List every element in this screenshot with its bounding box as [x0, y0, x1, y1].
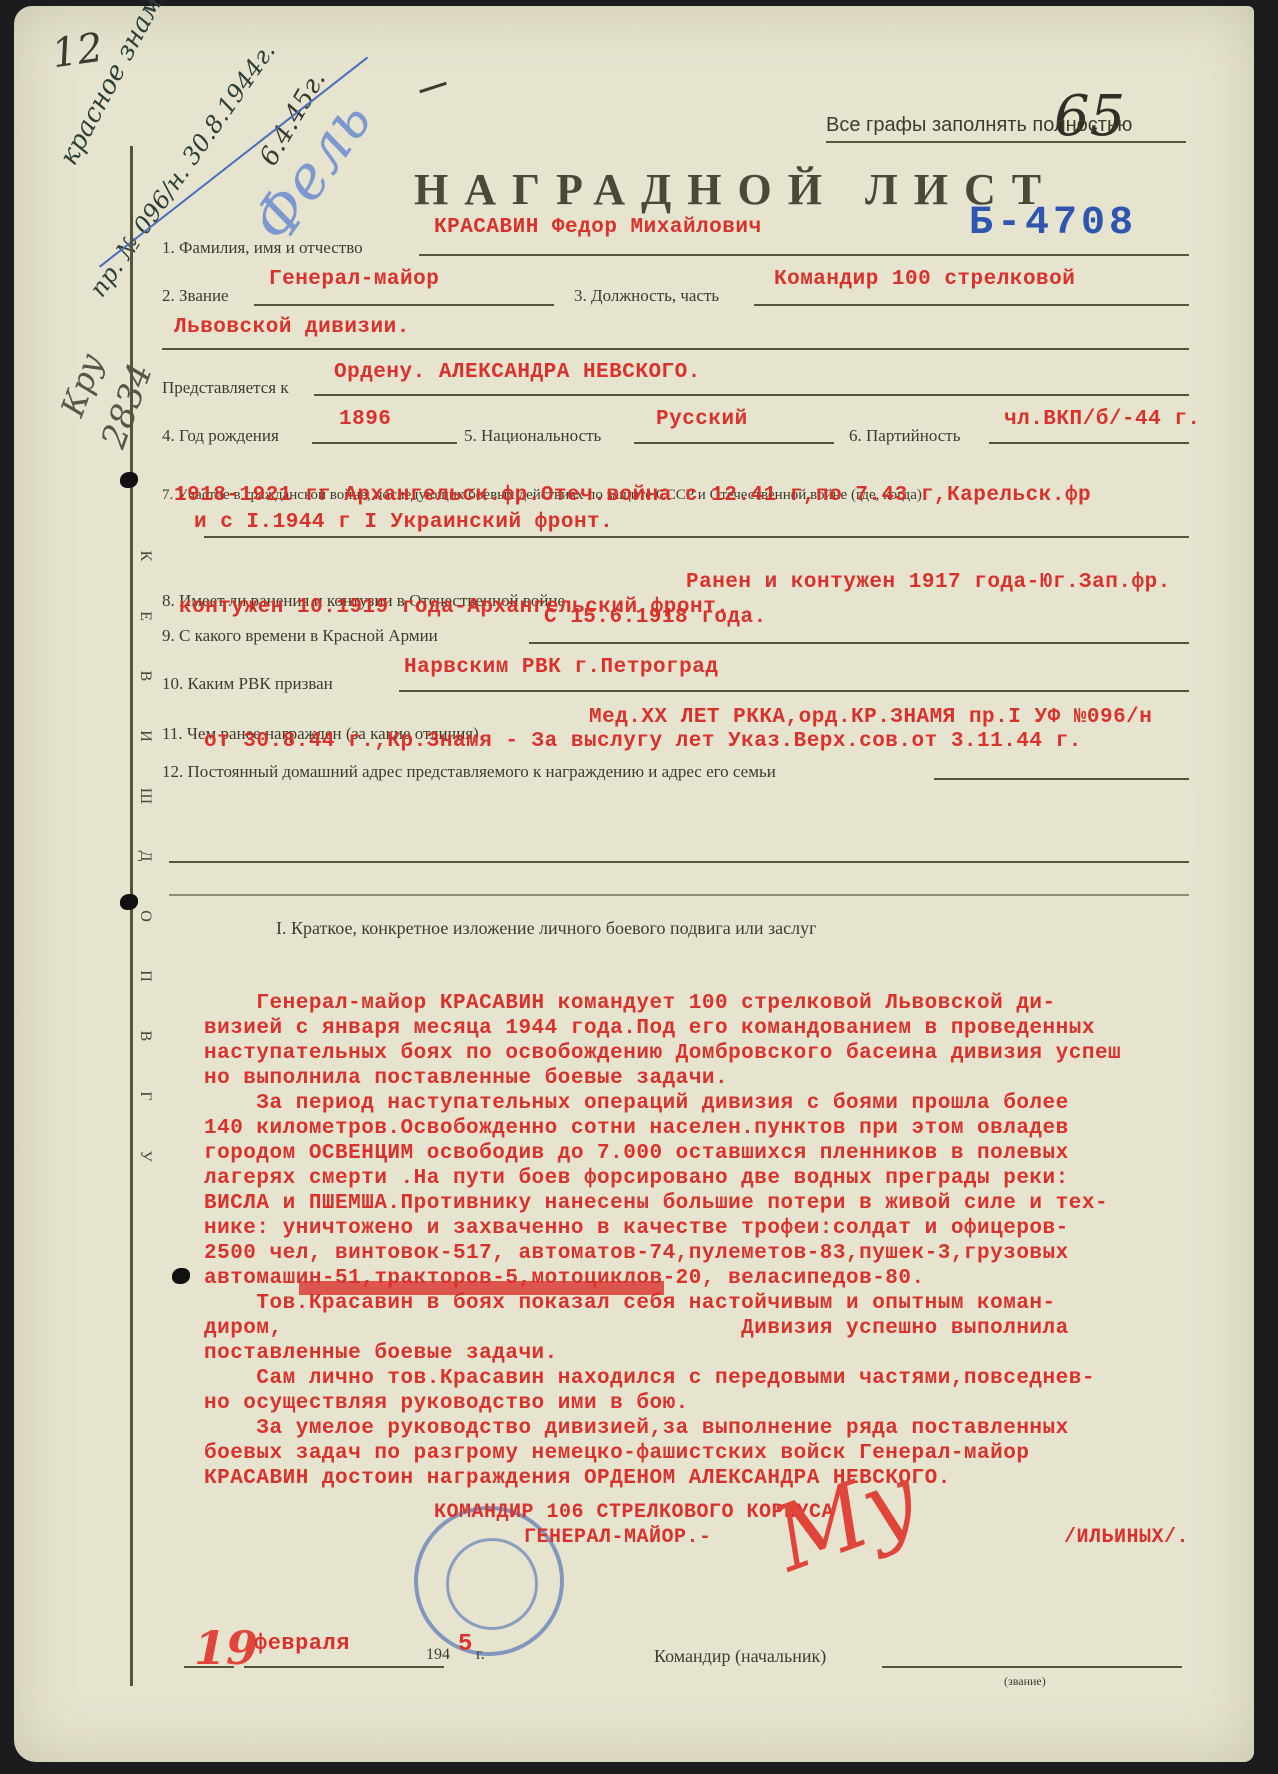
field-12-line — [934, 778, 1189, 780]
merit-line: Сам лично тов.Красавин находился с перед… — [204, 1366, 1121, 1391]
field-10-line — [399, 690, 1189, 692]
field-7-value-line2: и с I.1944 г I Украинский фронт. — [194, 511, 613, 534]
side-vertical-letters: К Е В И Ш Д О П В Г У — [114, 526, 134, 1186]
field-11-value-line2: от 30.8.44 г.,Кр.Знамя - За выслугу лет … — [204, 730, 1082, 753]
field-6-line — [989, 442, 1189, 444]
struck-out-text — [299, 1281, 664, 1295]
merit-line: лагерях смерти .На пути боев форсировано… — [204, 1166, 1121, 1191]
commander-label: Командир (начальник) — [654, 1646, 826, 1667]
field-7-line — [204, 536, 1189, 538]
punch-hole-3 — [172, 1268, 190, 1284]
field-3-value-continued: Львовской дивизии. — [174, 316, 410, 339]
field-10-label: 10. Каким РВК призван — [162, 674, 333, 694]
represented-value: Ордену. АЛЕКСАНДРА НЕВСКОГО. — [334, 361, 701, 384]
field-9-label: 9. С какого времени в Красной Армии — [162, 626, 438, 646]
field-1-line — [419, 254, 1189, 256]
field-2-value: Генерал-майор — [269, 268, 439, 291]
merit-line: За умелое руководство дивизией,за выполн… — [204, 1416, 1121, 1441]
field-1-label: 1. Фамилия, имя и отчество — [162, 238, 363, 258]
represented-line — [314, 394, 1189, 396]
field-3-line-2 — [162, 348, 1189, 350]
blank-line-1 — [169, 861, 1189, 863]
section-heading: I. Краткое, конкретное изложение личного… — [276, 918, 816, 939]
margin-note-line1: красное знамя — [54, 0, 176, 170]
field-1-value: КРАСАВИН Федор Михайлович — [434, 216, 762, 239]
merit-line: визией с января месяца 1944 года.Под его… — [204, 1016, 1121, 1041]
margin-mark-kru: Кру — [53, 349, 111, 422]
field-3-value: Командир 100 стрелковой — [774, 268, 1075, 291]
punch-hole-1 — [120, 472, 138, 488]
merit-line: КРАСАВИН достоин награждения ОРДЕНОМ АЛЕ… — [204, 1466, 1121, 1491]
merit-line: За период наступательных операций дивизи… — [204, 1091, 1121, 1116]
field-5-value: Русский — [656, 408, 748, 431]
merit-line: ВИСЛА и ПШЕМША.Противнику нанесены больш… — [204, 1191, 1121, 1216]
serial-number: Б-4708 — [969, 201, 1137, 246]
field-5-label: 5. Национальность — [464, 426, 601, 446]
merit-line: городом ОСВЕНЦИМ освободив до 7.000 оста… — [204, 1141, 1121, 1166]
award-sheet: 12 красное знамя пр. № 096/н. 30.8.1944г… — [14, 6, 1254, 1762]
represented-label: Представляется к — [162, 378, 289, 398]
merit-text: Генерал-майор КРАСАВИН командует 100 стр… — [204, 966, 1121, 1541]
field-6-value: чл.ВКП/б/-44 г. — [1004, 408, 1201, 431]
field-7-value-line1: 1918-1921 гг Архангельск.фр.Отеч.война с… — [174, 484, 1091, 507]
document-title: НАГРАДНОЙ ЛИСТ — [414, 164, 1057, 215]
redacted-address-area — [164, 791, 1194, 846]
merit-line: 2500 чел, винтовок-517, автоматов-74,пул… — [204, 1241, 1121, 1266]
merit-line: поставленные боевые задачи. — [204, 1341, 1121, 1366]
field-3-label: 3. Должность, часть — [574, 286, 719, 306]
date-year-char: г. — [476, 1646, 485, 1664]
commander-line — [882, 1666, 1182, 1668]
field-5-line — [634, 442, 834, 444]
field-4-value: 1896 — [339, 408, 391, 431]
merit-line: нике: уничтожено и захваченно в качестве… — [204, 1216, 1121, 1241]
blue-signature-scribble: Фель — [239, 87, 386, 255]
merit-line: 140 километров.Освобожденно сотни населе… — [204, 1116, 1121, 1141]
corner-number: 12 — [49, 25, 106, 78]
blank-line-2 — [169, 894, 1189, 896]
field-11-value-line1: Мед.XX ЛЕТ РККА,орд.КР.ЗНАМЯ пр.I УФ №09… — [589, 706, 1152, 729]
field-6-label: 6. Партийность — [849, 426, 960, 446]
field-3-line — [754, 304, 1189, 306]
header-note-underline — [826, 141, 1186, 143]
date-year-suffix: 5 — [458, 1631, 473, 1658]
field-9-line — [529, 642, 1189, 644]
field-4-line — [312, 442, 457, 444]
field-2-label: 2. Звание — [162, 286, 229, 306]
field-8-value-line1: Ранен и контужен 1917 года-Юг.Зап.фр. — [686, 571, 1171, 594]
rank-caption: (звание) — [1004, 1674, 1046, 1689]
field-9-value: С 15.6.1918 года. — [544, 606, 767, 629]
merit-line-struck: диром, Дивизия успешно выполнила — [204, 1316, 1121, 1341]
merit-line: наступательных боях по освобождению Домб… — [204, 1041, 1121, 1066]
header-note: Все графы заполнять полностью — [826, 114, 1132, 137]
pencil-dash — [419, 82, 447, 94]
merit-line: боевых задач по разгрому немецко-фашистс… — [204, 1441, 1121, 1466]
date-month-line — [244, 1666, 444, 1668]
field-4-label: 4. Год рождения — [162, 426, 279, 446]
date-year-prefix: 194 — [426, 1646, 450, 1664]
date-month: февраля — [254, 1631, 350, 1656]
merit-line: но осуществляя руководство ими в бою. — [204, 1391, 1121, 1416]
date-day-line — [184, 1666, 234, 1668]
field-12-label: 12. Постоянный домашний адрес представля… — [162, 762, 776, 782]
signature-line2: ГЕНЕРАЛ-МАЙОР.- — [524, 1526, 712, 1549]
merit-line: Генерал-майор КРАСАВИН командует 100 стр… — [204, 991, 1121, 1016]
punch-hole-2 — [120, 894, 138, 910]
field-2-line — [254, 304, 554, 306]
field-10-value: Нарвским РВК г.Петроград — [404, 656, 718, 679]
merit-line: но выполнила поставленные боевые задачи. — [204, 1066, 1121, 1091]
signatory-name: /ИЛЬИНЫХ/. — [1064, 1526, 1189, 1549]
